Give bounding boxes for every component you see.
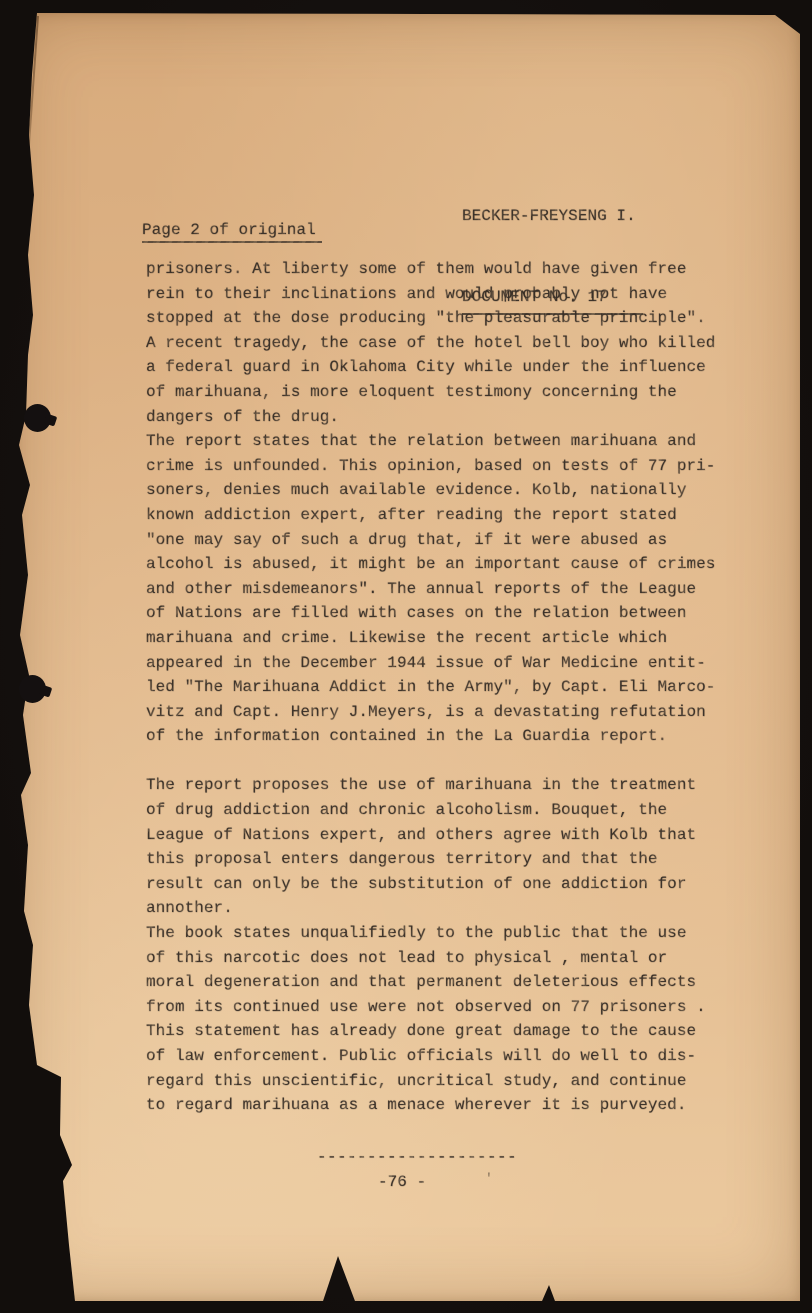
body-line: A recent tragedy, the case of the hotel … — [146, 331, 715, 356]
body-line: dangers of the drug. — [146, 405, 715, 430]
body-line: rein to their inclinations and would pro… — [146, 282, 715, 307]
punch-hole-top — [24, 404, 51, 432]
body-line: alcohol is abused, it might be an import… — [146, 552, 715, 577]
page-heading: Page 2 of original — [142, 221, 322, 243]
body-line: This statement has already done great da… — [146, 1019, 715, 1044]
body-line: of this narcotic does not lead to physic… — [146, 946, 715, 971]
body-line: marihuana and crime. Likewise the recent… — [146, 626, 715, 651]
body-line: stopped at the dose producing "the pleas… — [146, 306, 715, 331]
body-line: "one may say of such a drug that, if it … — [146, 528, 715, 553]
body-line: known addiction expert, after reading th… — [146, 503, 715, 528]
body-line: moral degeneration and that permanent de… — [146, 970, 715, 995]
body-line: League of Nations expert, and others agr… — [146, 823, 715, 848]
body-line: to regard marihuana as a menace wherever… — [146, 1093, 715, 1118]
body-line: result can only be the substitution of o… — [146, 872, 715, 897]
scan-background: BECKER-FREYSENG I. DOCUMENT No. 17 Page … — [0, 0, 812, 1313]
body-line: of drug addiction and chronic alcoholism… — [146, 798, 715, 823]
body-line: regard this unscientific, uncritical stu… — [146, 1069, 715, 1094]
body-line: annother. — [146, 896, 715, 921]
page-heading-text: Page 2 of original — [142, 221, 322, 243]
body-line: vitz and Capt. Henry J.Meyers, is a deva… — [146, 700, 715, 725]
body-line: from its continued use were not observed… — [146, 995, 715, 1020]
body-line: of marihuana, is more eloquent testimony… — [146, 380, 715, 405]
body-line: The report states that the relation betw… — [146, 429, 715, 454]
footer-separator: -------------------- — [317, 1148, 517, 1166]
page-number: -76 - — [378, 1173, 426, 1191]
body-line: of law enforcement. Public officials wil… — [146, 1044, 715, 1069]
body-line — [146, 749, 715, 774]
body-line: appeared in the December 1944 issue of W… — [146, 651, 715, 676]
stray-ink-mark: ' — [485, 1171, 493, 1186]
paper-crease-line — [25, 16, 39, 194]
body-line: crime is unfounded. This opinion, based … — [146, 454, 715, 479]
body-line: led "The Marihuana Addict in the Army", … — [146, 675, 715, 700]
body-line: prisoners. At liberty some of them would… — [146, 257, 715, 282]
body-line: soners, denies much available evidence. … — [146, 478, 715, 503]
body-line: this proposal enters dangerous territory… — [146, 847, 715, 872]
body-line: The report proposes the use of marihuana… — [146, 773, 715, 798]
document-header-line1: BECKER-FREYSENG I. — [462, 203, 643, 230]
body-line: and other misdemeanors". The annual repo… — [146, 577, 715, 602]
document-body: prisoners. At liberty some of them would… — [146, 257, 715, 1118]
punch-hole-bottom — [19, 675, 46, 703]
document-page: BECKER-FREYSENG I. DOCUMENT No. 17 Page … — [15, 13, 800, 1301]
body-line: of Nations are filled with cases on the … — [146, 601, 715, 626]
body-line: a federal guard in Oklahoma City while u… — [146, 355, 715, 380]
body-line: of the information contained in the La G… — [146, 724, 715, 749]
body-line: The book states unqualifiedly to the pub… — [146, 921, 715, 946]
